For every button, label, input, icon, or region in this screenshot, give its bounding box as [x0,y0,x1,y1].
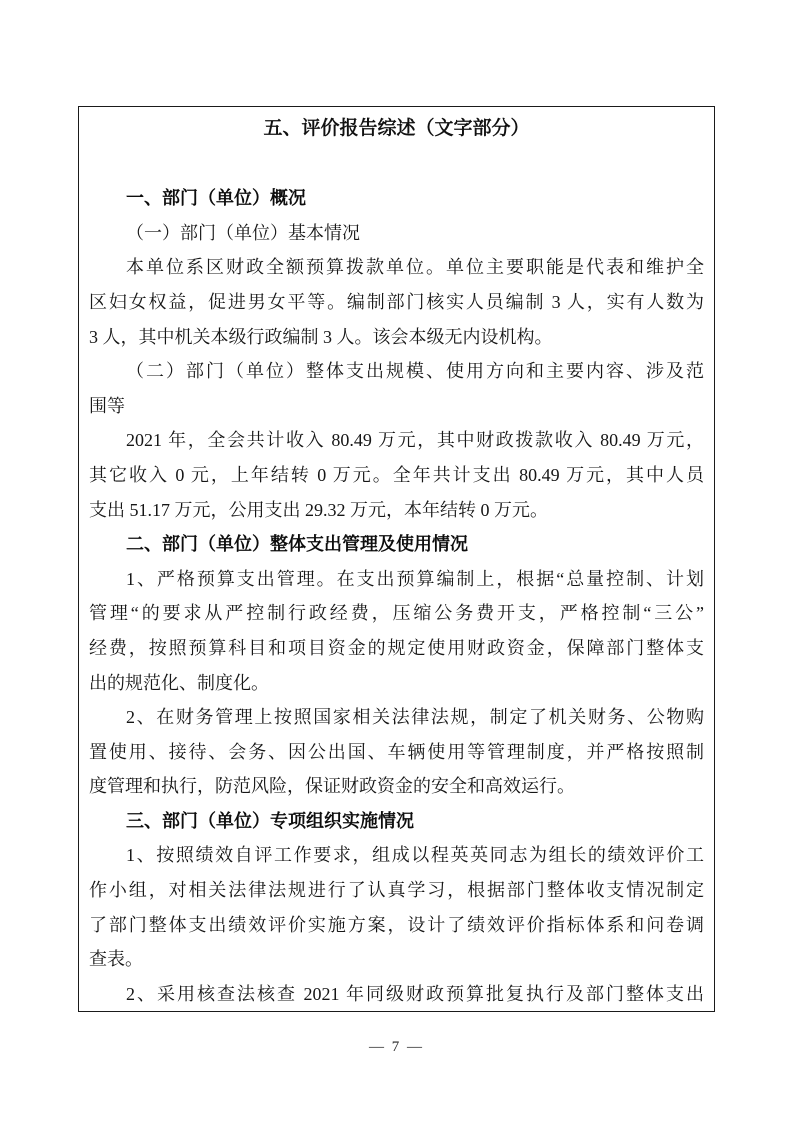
text-line: 管理“的要求从严控制行政经费，压缩公务费开支，严格控制“三公” [89,596,704,631]
text-line: 作小组，对相关法律法规进行了认真学习，根据部门整体收支情况制定 [89,873,704,908]
paragraph: 1、按照绩效自评工作要求，组成以程英英同志为组长的绩效评价工作小组，对相关法律法… [89,838,704,976]
text-line: 经费，按照预算科目和项目资金的规定使用财政资金，保障部门整体支 [89,631,704,666]
paragraph: 2、采用核查法核查 2021 年同级财政预算批复执行及部门整体支出 [89,977,704,1012]
text-line: 二、部门（单位）整体支出管理及使用情况 [89,527,704,562]
text-line: 了部门整体支出绩效评价实施方案，设计了绩效评价指标体系和问卷调 [89,908,704,943]
text-line: 一、部门（单位）概况 [89,181,704,216]
text-line: 度管理和执行，防范风险，保证财政资金的安全和高效运行。 [89,769,704,804]
text-line: 区妇女权益，促进男女平等。编制部门核实人员编制 3 人，实有人数为 [89,285,704,320]
text-line: 2、采用核查法核查 2021 年同级财政预算批复执行及部门整体支出 [89,977,704,1012]
text-line: 围等 [89,389,704,424]
report-body: 一、部门（单位）概况（一）部门（单位）基本情况本单位系区财政全额预算拨款单位。单… [89,181,704,1011]
section-heading: 三、部门（单位）专项组织实施情况 [89,804,704,839]
text-line: 置使用、接待、会务、因公出国、车辆使用等管理制度，并严格按照制 [89,735,704,770]
page-number: — 7 — [0,1036,793,1058]
text-line: 出的规范化、制度化。 [89,666,704,701]
report-title: 五、评价报告综述（文字部分） [89,112,704,147]
document-page: 五、评价报告综述（文字部分） 一、部门（单位）概况（一）部门（单位）基本情况本单… [0,0,793,1122]
text-line: 支出 51.17 万元，公用支出 29.32 万元，本年结转 0 万元。 [89,493,704,528]
paragraph: 1、严格预算支出管理。在支出预算编制上，根据“总量控制、计划管理“的要求从严控制… [89,562,704,700]
paragraph: 2、在财务管理上按照国家相关法律法规，制定了机关财务、公物购置使用、接待、会务、… [89,700,704,804]
text-line: （二）部门（单位）整体支出规模、使用方向和主要内容、涉及范 [89,354,704,389]
text-line: 1、严格预算支出管理。在支出预算编制上，根据“总量控制、计划 [89,562,704,597]
paragraph: （二）部门（单位）整体支出规模、使用方向和主要内容、涉及范围等 [89,354,704,423]
text-line: 3 人，其中机关本级行政编制 3 人。该会本级无内设机构。 [89,320,704,355]
paragraph: 2021 年，全会共计收入 80.49 万元，其中财政拨款收入 80.49 万元… [89,423,704,527]
text-line: 2021 年，全会共计收入 80.49 万元，其中财政拨款收入 80.49 万元… [89,423,704,458]
paragraph: （一）部门（单位）基本情况 [89,216,704,251]
text-line: 查表。 [89,942,704,977]
section-heading: 一、部门（单位）概况 [89,181,704,216]
text-line: （一）部门（单位）基本情况 [89,216,704,251]
report-border-box: 五、评价报告综述（文字部分） 一、部门（单位）概况（一）部门（单位）基本情况本单… [78,106,715,1012]
section-heading: 二、部门（单位）整体支出管理及使用情况 [89,527,704,562]
text-line: 1、按照绩效自评工作要求，组成以程英英同志为组长的绩效评价工 [89,838,704,873]
paragraph: 本单位系区财政全额预算拨款单位。单位主要职能是代表和维护全区妇女权益，促进男女平… [89,250,704,354]
text-line: 三、部门（单位）专项组织实施情况 [89,804,704,839]
text-line: 其它收入 0 元，上年结转 0 万元。全年共计支出 80.49 万元，其中人员 [89,458,704,493]
text-line: 2、在财务管理上按照国家相关法律法规，制定了机关财务、公物购 [89,700,704,735]
text-line: 本单位系区财政全额预算拨款单位。单位主要职能是代表和维护全 [89,250,704,285]
